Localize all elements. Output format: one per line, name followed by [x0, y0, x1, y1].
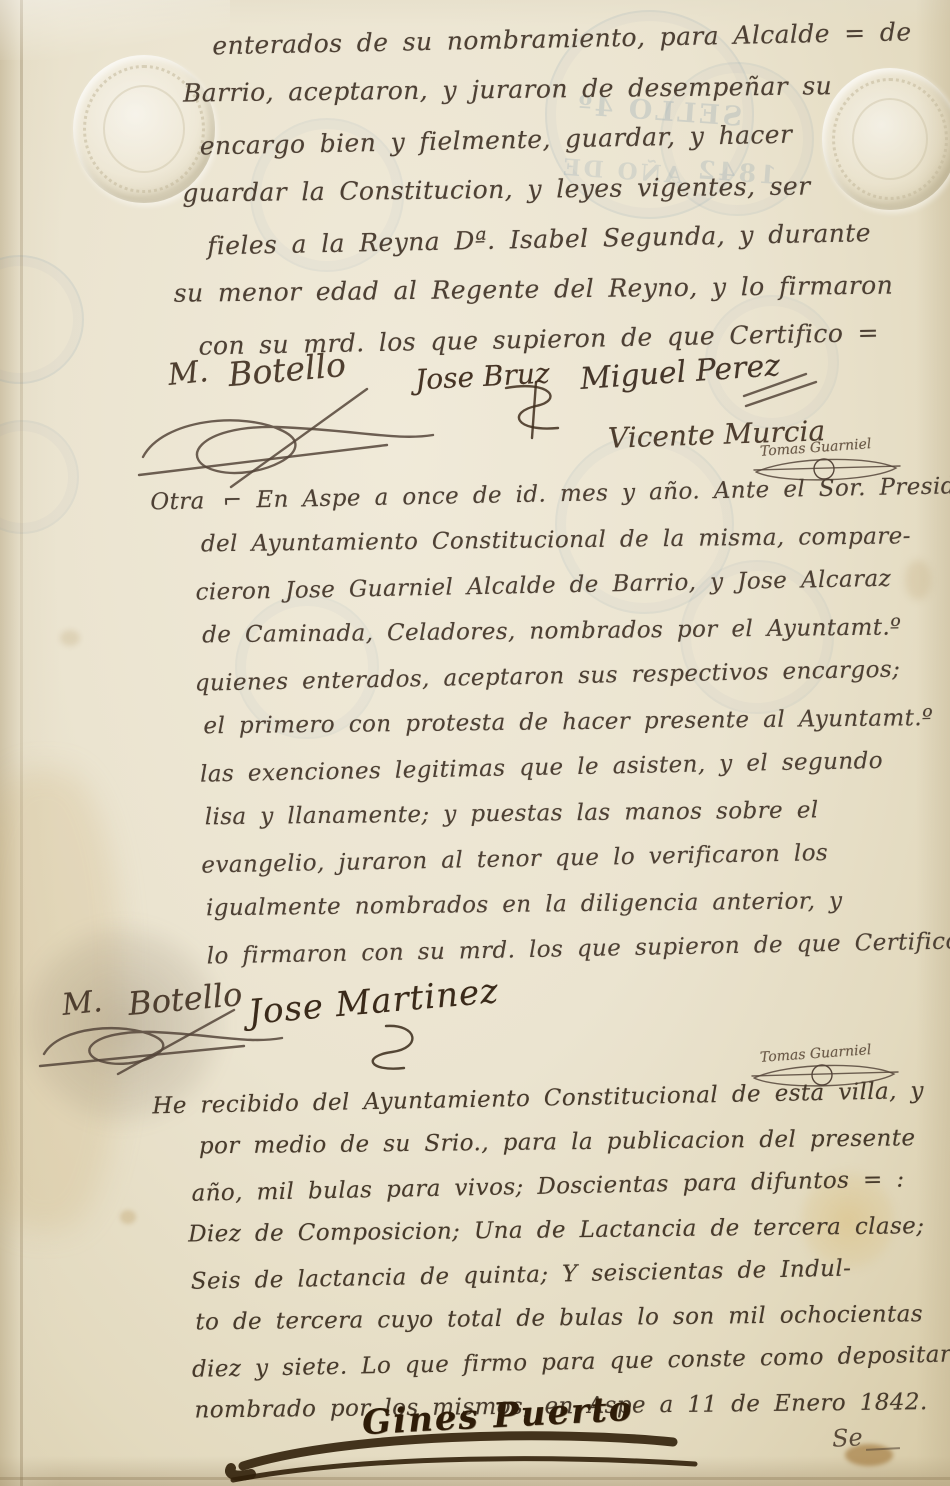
catchword-dash: [866, 1447, 900, 1451]
signature-rubric: [492, 380, 582, 442]
ghost-stamp-circle: [0, 420, 79, 534]
signature-rubric: [348, 1022, 424, 1074]
stain: [120, 1210, 136, 1224]
signature-flourish: [225, 1424, 715, 1486]
stain: [60, 630, 80, 646]
catchword: Se: [831, 1423, 863, 1453]
paragraph-mark: ⌐: [222, 488, 242, 514]
receipt-paragraph: He recibido del Ayuntamiento Constitucio…: [152, 1071, 947, 1434]
signature-rubric: [740, 368, 820, 410]
ghost-stamp-circle: [0, 255, 84, 384]
paper-crease: [20, 0, 23, 1486]
oath-paragraph: enterados de su nombramiento, para Alcal…: [150, 9, 935, 370]
manuscript-page: SELLO 4º AÑO DE 1842 enterados de su nom…: [0, 0, 950, 1486]
margin-note-otra: Otra: [150, 488, 205, 515]
manuscript-line-text: En Aspe a once de id. mes y año. Ante el…: [256, 473, 950, 514]
second-oath-paragraph: Otra⌐En Aspe a once de id. mes y año. An…: [150, 467, 947, 978]
